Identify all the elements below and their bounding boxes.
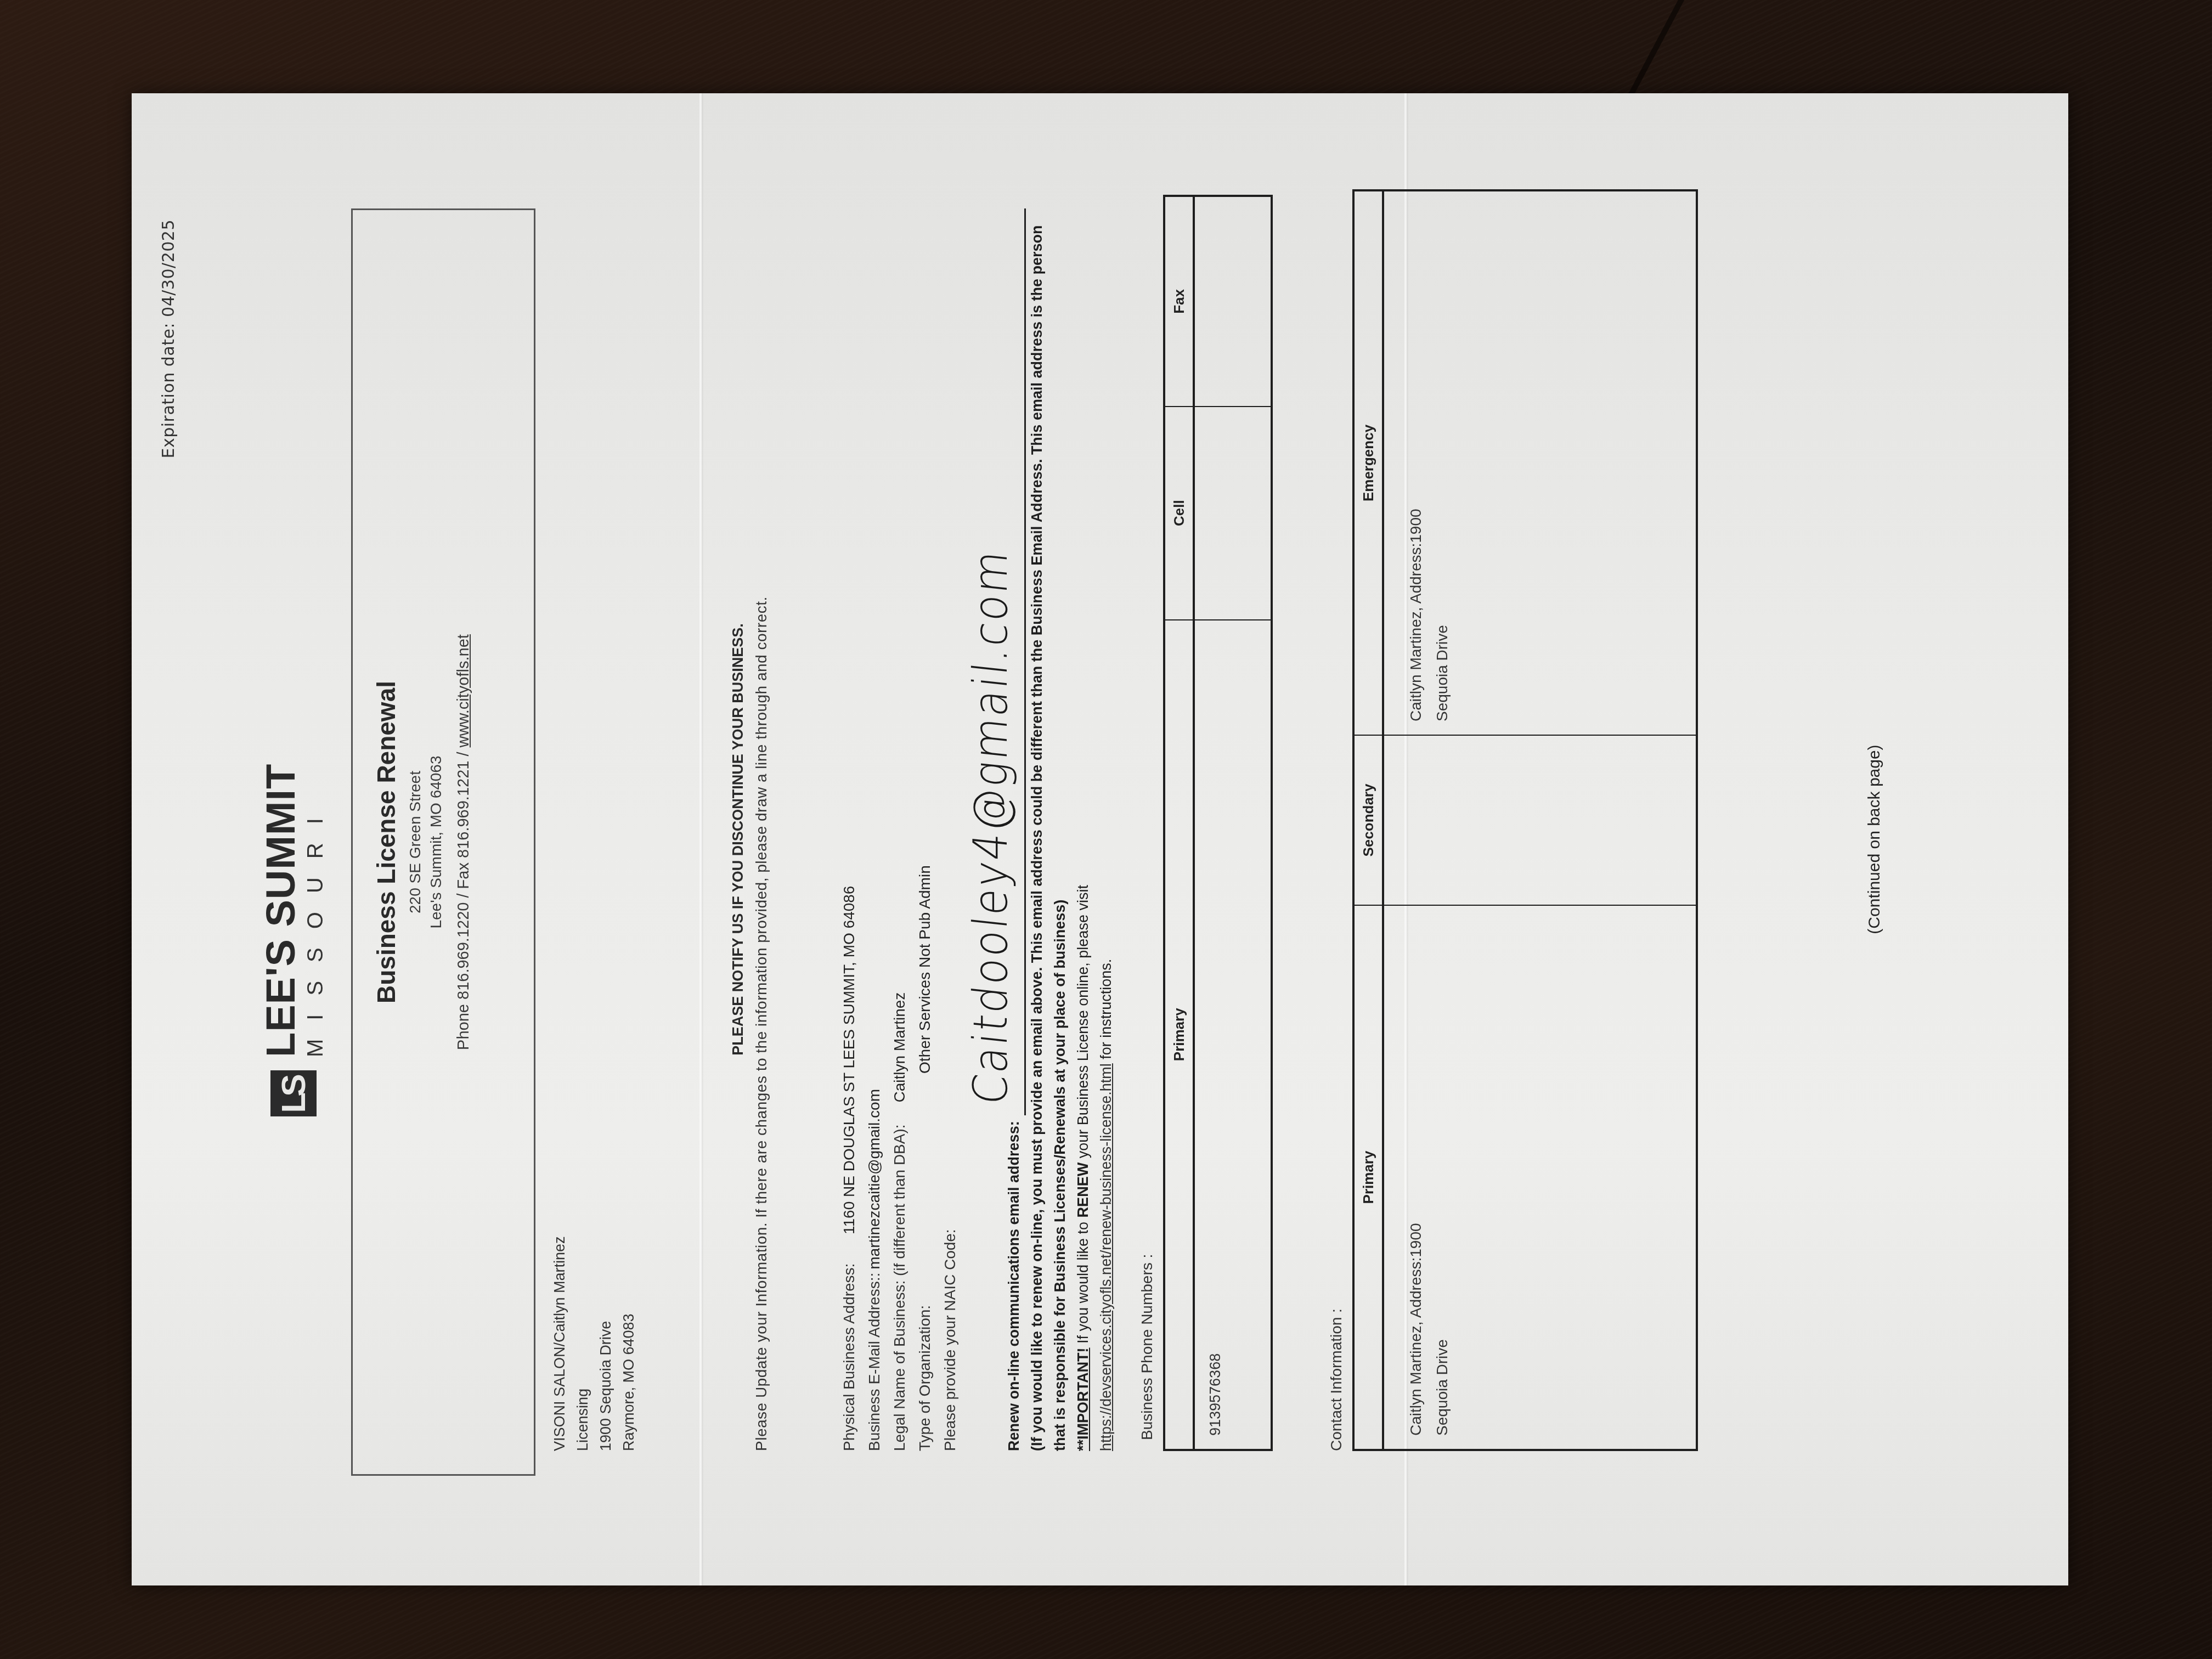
- logo-state-name: MISSOURI: [304, 764, 326, 1057]
- important-text: your Business License online, please vis…: [1075, 885, 1091, 1163]
- field-value: Caitlyn Martinez: [891, 992, 909, 1103]
- important-note: **IMPORTANT! If you would like to RENEW …: [1072, 208, 1095, 1451]
- renew-emphasis: RENEW: [1075, 1163, 1091, 1218]
- field-value: 1160 NE DOUGLAS ST LEES SUMMIT, MO 64086: [840, 886, 858, 1234]
- important-label: **IMPORTANT!: [1075, 1348, 1091, 1452]
- field-label: Physical Business Address:: [840, 1234, 858, 1451]
- renew-note: (If you would like to renew on-line, you…: [1026, 208, 1072, 1451]
- field-value: Other Services Not Pub Admin: [916, 865, 934, 1074]
- field-business-email: Business E-Mail Address:: martinezcaitie…: [862, 865, 887, 1451]
- phone-primary: 9139576368: [1194, 620, 1272, 1450]
- business-fields: Physical Business Address: 1160 NE DOUGL…: [837, 865, 963, 1451]
- contact-info-table: Primary Secondary Emergency Caitlyn Mart…: [1352, 189, 1698, 1451]
- field-organization-type: Type of Organization: Other Services Not…: [912, 865, 938, 1451]
- renew-online-section: Renew on-line communications email addre…: [988, 208, 1118, 1451]
- field-label: Type of Organization:: [916, 1067, 934, 1451]
- contact-emergency: Caitlyn Martinez, Address:1900 Sequoia D…: [1383, 190, 1697, 735]
- column-header: Primary: [1353, 905, 1383, 1450]
- column-header: Emergency: [1353, 190, 1383, 735]
- paper-wrapper: Expiration date: 04/30/2025 LS LEE'S SUM…: [132, 93, 2068, 1585]
- table-row: Caitlyn Martinez, Address:1900 Sequoia D…: [1383, 190, 1697, 1450]
- contact-primary: Caitlyn Martinez, Address:1900 Sequoia D…: [1383, 905, 1697, 1450]
- city-logo: LS LEE'S SUMMIT MISSOURI: [261, 764, 326, 1116]
- mailing-line: 1900 Sequoia Drive: [595, 1236, 618, 1451]
- contact-line: Sequoia Drive: [1429, 205, 1455, 721]
- contact-secondary: [1383, 735, 1697, 905]
- phone-fax: Phone 816.969.1220 / Fax 816.969.1221 /: [455, 747, 472, 1049]
- column-header: Primary: [1164, 620, 1194, 1450]
- renew-email-field[interactable]: Caitdooley4@gmail.com: [991, 208, 1026, 1115]
- column-header: Fax: [1164, 196, 1194, 407]
- website-link[interactable]: www.cityofls.net: [455, 634, 472, 747]
- renew-link-line: https://devservices.cityofls.net/renew-b…: [1095, 208, 1118, 1451]
- table-row: 9139576368: [1194, 196, 1272, 1450]
- logo-city-name: LEE'S SUMMIT: [261, 764, 301, 1057]
- mailing-address: VISONI SALON/Caitlyn Martinez Licensing …: [549, 1236, 640, 1451]
- phone-numbers-label: Business Phone Numbers :: [1138, 1254, 1156, 1440]
- phone-fax: [1194, 196, 1272, 407]
- form-title: Business License Renewal: [371, 210, 401, 1474]
- notice-heading: PLEASE NOTIFY US IF YOU DISCONTINUE YOUR…: [730, 93, 747, 1585]
- mailing-line: VISONI SALON/Caitlyn Martinez: [549, 1236, 572, 1451]
- ls-logo-icon: LS: [270, 1070, 317, 1116]
- handwritten-email: Caitdooley4@gmail.com: [955, 546, 1028, 1108]
- notice-body: Please Update your Information. If there…: [751, 225, 773, 1451]
- fold-line: [699, 93, 702, 1585]
- renew-email-label: Renew on-line communications email addre…: [1003, 1121, 1026, 1451]
- office-city: Lee's Summit, MO 64063: [427, 210, 445, 1474]
- contact-line: Sequoia Drive: [1429, 919, 1455, 1436]
- mailing-line: Raymore, MO 64083: [618, 1236, 641, 1451]
- contact-line: Caitlyn Martinez, Address:1900: [1403, 919, 1429, 1436]
- license-renewal-form: Expiration date: 04/30/2025 LS LEE'S SUM…: [132, 93, 2068, 1585]
- phone-cell: [1194, 407, 1272, 620]
- link-suffix: for instructions.: [1098, 959, 1114, 1064]
- header-box: Business License Renewal 220 SE Green St…: [351, 208, 535, 1476]
- phone-numbers-table: Primary Cell Fax 9139576368: [1163, 195, 1273, 1451]
- office-contact: Phone 816.969.1220 / Fax 816.969.1221 / …: [455, 210, 473, 1474]
- field-label: Legal Name of Business: (if different th…: [891, 1124, 909, 1451]
- continued-note: (Continued on back page): [1865, 93, 1884, 1585]
- contact-info-label: Contact Information :: [1328, 1308, 1345, 1451]
- column-header: Secondary: [1353, 735, 1383, 905]
- contact-line: Caitlyn Martinez, Address:1900: [1403, 205, 1429, 721]
- column-header: Cell: [1164, 407, 1194, 620]
- mailing-line: Licensing: [572, 1236, 595, 1451]
- field-value: martinezcaitie@gmail.com: [866, 1089, 883, 1269]
- field-legal-name: Legal Name of Business: (if different th…: [887, 865, 912, 1451]
- expiration-date: Expiration date: 04/30/2025: [159, 219, 178, 459]
- field-label: Business E-Mail Address::: [866, 1273, 883, 1451]
- important-text: If you would like to: [1075, 1217, 1091, 1347]
- field-label: Please provide your NAIC Code:: [941, 1229, 959, 1451]
- office-street: 220 SE Green Street: [407, 210, 424, 1474]
- renew-instructions-link[interactable]: https://devservices.cityofls.net/renew-b…: [1098, 1063, 1114, 1451]
- field-physical-address: Physical Business Address: 1160 NE DOUGL…: [837, 865, 862, 1451]
